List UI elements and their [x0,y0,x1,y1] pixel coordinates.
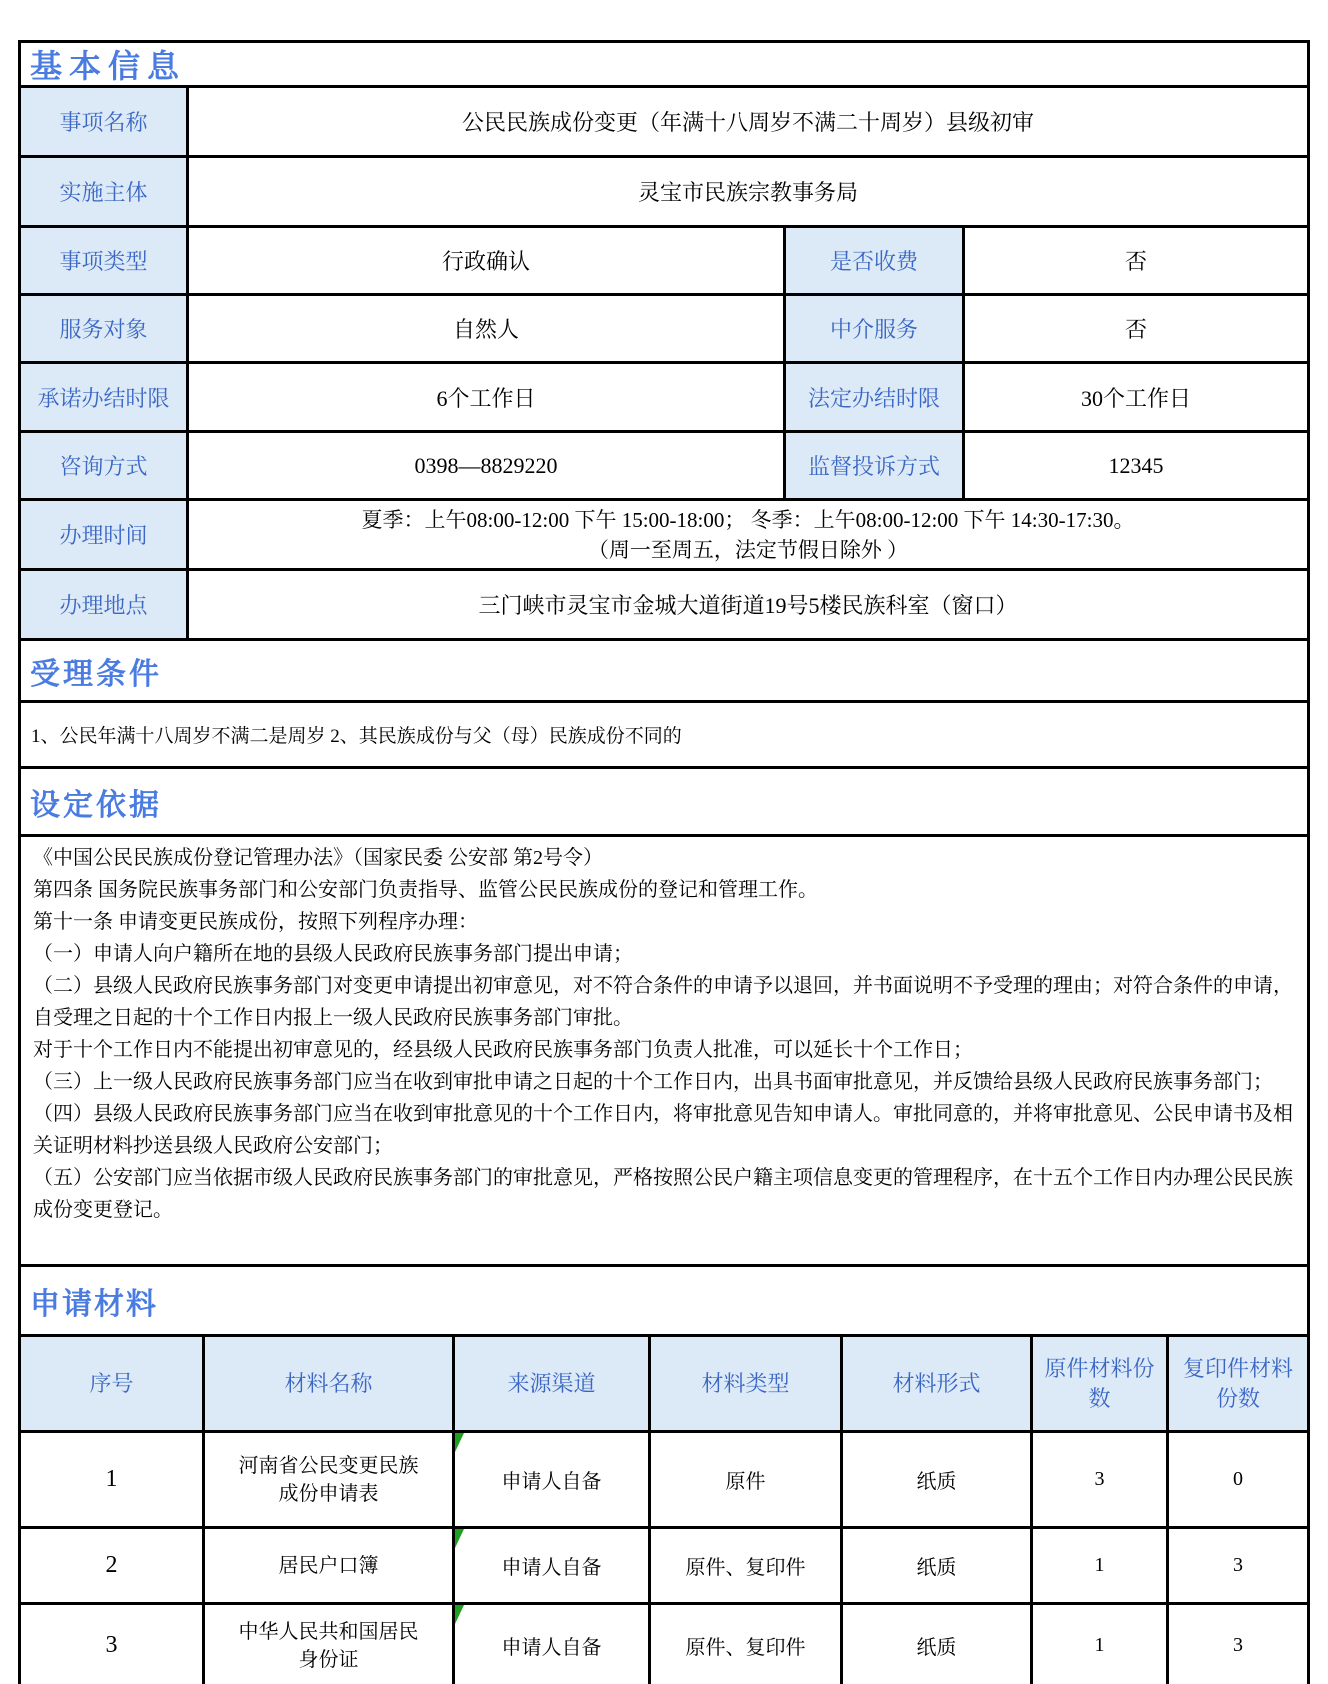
section-title-application-materials: 申请材料 [21,1267,1307,1337]
section-title-legal-basis: 设定依据 [21,769,1307,837]
material-form: 纸质 [843,1529,1033,1602]
section-title-acceptance-conditions: 受理条件 [21,641,1307,703]
col-header-original: 原件材料份数 [1033,1337,1169,1430]
materials-header-row: 序号 材料名称 来源渠道 材料类型 材料形式 原件材料份数 复印件材料份数 [21,1337,1307,1433]
material-source-text: 申请人自备 [502,1631,602,1660]
material-name: 中华人民共和国居民身份证 [205,1605,455,1684]
material-no: 1 [21,1433,205,1526]
material-form: 纸质 [843,1605,1033,1684]
table-row: 承诺办结时限 6个工作日 法定办结时限 30个工作日 [21,364,1307,433]
promised-time-limit-value: 6个工作日 [189,364,783,430]
material-copies: 0 [1169,1433,1307,1526]
service-hours-value: 夏季：上午08:00-12:00 下午 15:00-18:00； 冬季：上午08… [189,501,1307,568]
col-header-source: 来源渠道 [455,1337,651,1430]
col-header-form: 材料形式 [843,1337,1033,1430]
service-target-label: 服务对象 [21,296,189,361]
item-type-label: 事项类型 [21,228,189,293]
intermediary-service-value: 否 [965,296,1307,361]
legal-basis-text: 《中国公民民族成份登记管理办法》（国家民委 公安部 第2号令） 第四条 国务院民… [21,837,1307,1226]
material-source: 申请人自备 [455,1605,651,1684]
col-header-type: 材料类型 [651,1337,843,1430]
legal-basis-paragraph: （五）公安部门应当依据市级人民政府民族事务部门的审批意见，严格按照公民户籍主项信… [33,1162,1295,1226]
table-row: 实施主体 灵宝市民族宗教事务局 [21,158,1307,228]
material-name: 居民户口簿 [205,1529,455,1602]
consultation-method-label: 咨询方式 [21,433,189,498]
material-copies: 3 [1169,1605,1307,1684]
legal-basis-paragraph: （四）县级人民政府民族事务部门应当在收到审批意见的十个工作日内，将审批意见告知申… [33,1098,1295,1162]
basic-info-title: 基本信息 [30,41,186,87]
material-no: 3 [21,1605,205,1684]
legal-basis-paragraph: 第四条 国务院民族事务部门和公安部门负责指导、监管公民民族成份的登记和管理工作。 [33,874,1295,906]
table-row: 事项类型 行政确认 是否收费 否 [21,228,1307,296]
material-row-3: 3 中华人民共和国居民身份证 申请人自备 原件、复印件 纸质 1 3 [21,1605,1307,1684]
col-header-name: 材料名称 [205,1337,455,1430]
consultation-method-value: 0398—8829220 [189,433,783,498]
fee-charged-label: 是否收费 [783,228,965,293]
complaint-method-label: 监督投诉方式 [783,433,965,498]
table-row: 办理时间 夏季：上午08:00-12:00 下午 15:00-18:00； 冬季… [21,501,1307,571]
service-hours-line1: 夏季：上午08:00-12:00 下午 15:00-18:00； 冬季：上午08… [362,505,1135,535]
legal-basis-paragraph: 《中国公民民族成份登记管理办法》（国家民委 公安部 第2号令） [33,842,1295,874]
cell-error-marker-icon [455,1529,464,1548]
table-row: 办理地点 三门峡市灵宝市金城大道街道19号5楼民族科室（窗口） [21,571,1307,641]
acceptance-content-row: 1、公民年满十八周岁不满二是周岁 2、其民族成份与父（母）民族成份不同的 [21,703,1307,769]
acceptance-title: 受理条件 [30,649,162,693]
legal-basis-title: 设定依据 [30,780,162,824]
acceptance-conditions-text: 1、公民年满十八周岁不满二是周岁 2、其民族成份与父（母）民族成份不同的 [21,721,1307,748]
material-row-1: 1 河南省公民变更民族成份申请表 申请人自备 原件 纸质 3 0 [21,1433,1307,1529]
material-type: 原件 [651,1433,843,1526]
material-type: 原件、复印件 [651,1605,843,1684]
col-header-copies: 复印件材料份数 [1169,1337,1307,1430]
fee-charged-value: 否 [965,228,1307,293]
cell-error-marker-icon [455,1605,464,1624]
statutory-time-limit-label: 法定办结时限 [783,364,965,430]
table-row: 服务对象 自然人 中介服务 否 [21,296,1307,364]
section-title-basic-info: 基本信息 [21,43,1307,88]
item-name-label: 事项名称 [21,88,189,155]
service-info-document: 基本信息 事项名称 公民民族成份变更（年满十八周岁不满二十周岁）县级初审 实施主… [18,40,1310,1684]
item-name-value: 公民民族成份变更（年满十八周岁不满二十周岁）县级初审 [189,88,1307,155]
intermediary-service-label: 中介服务 [783,296,965,361]
service-hours-line2: （周一至周五，法定节假日除外 ） [588,535,908,565]
material-type: 原件、复印件 [651,1529,843,1602]
col-header-no: 序号 [21,1337,205,1430]
material-source: 申请人自备 [455,1529,651,1602]
material-source-text: 申请人自备 [502,1465,602,1494]
material-name: 河南省公民变更民族成份申请表 [205,1433,455,1526]
legal-basis-paragraph: （三）上一级人民政府民族事务部门应当在收到审批申请之日起的十个工作日内，出具书面… [33,1066,1295,1098]
material-copies: 3 [1169,1529,1307,1602]
material-source-text: 申请人自备 [502,1551,602,1580]
legal-basis-content-row: 《中国公民民族成份登记管理办法》（国家民委 公安部 第2号令） 第四条 国务院民… [21,837,1307,1267]
legal-basis-paragraph: 对于十个工作日内不能提出初审意见的，经县级人民政府民族事务部门负责人批准，可以延… [33,1034,1295,1066]
table-row: 咨询方式 0398—8829220 监督投诉方式 12345 [21,433,1307,501]
material-row-2: 2 居民户口簿 申请人自备 原件、复印件 纸质 1 3 [21,1529,1307,1605]
material-form: 纸质 [843,1433,1033,1526]
table-row: 事项名称 公民民族成份变更（年满十八周岁不满二十周岁）县级初审 [21,88,1307,158]
legal-basis-paragraph: （二）县级人民政府民族事务部门对变更申请提出初审意见，对不符合条件的申请予以退回… [33,970,1295,1034]
service-hours-label: 办理时间 [21,501,189,568]
material-original: 1 [1033,1529,1169,1602]
service-target-value: 自然人 [189,296,783,361]
implementing-body-label: 实施主体 [21,158,189,225]
complaint-method-value: 12345 [965,433,1307,498]
material-original: 3 [1033,1433,1169,1526]
implementing-body-value: 灵宝市民族宗教事务局 [189,158,1307,225]
statutory-time-limit-value: 30个工作日 [965,364,1307,430]
promised-time-limit-label: 承诺办结时限 [21,364,189,430]
material-no: 2 [21,1529,205,1602]
application-materials-title: 申请材料 [30,1279,158,1323]
cell-error-marker-icon [455,1433,464,1452]
item-type-value: 行政确认 [189,228,783,293]
legal-basis-paragraph: 第十一条 申请变更民族成份，按照下列程序办理： [33,906,1295,938]
legal-basis-paragraph: （一）申请人向户籍所在地的县级人民政府民族事务部门提出申请； [33,938,1295,970]
material-source: 申请人自备 [455,1433,651,1526]
service-location-value: 三门峡市灵宝市金城大道街道19号5楼民族科室（窗口） [189,571,1307,638]
service-location-label: 办理地点 [21,571,189,638]
material-original: 1 [1033,1605,1169,1684]
